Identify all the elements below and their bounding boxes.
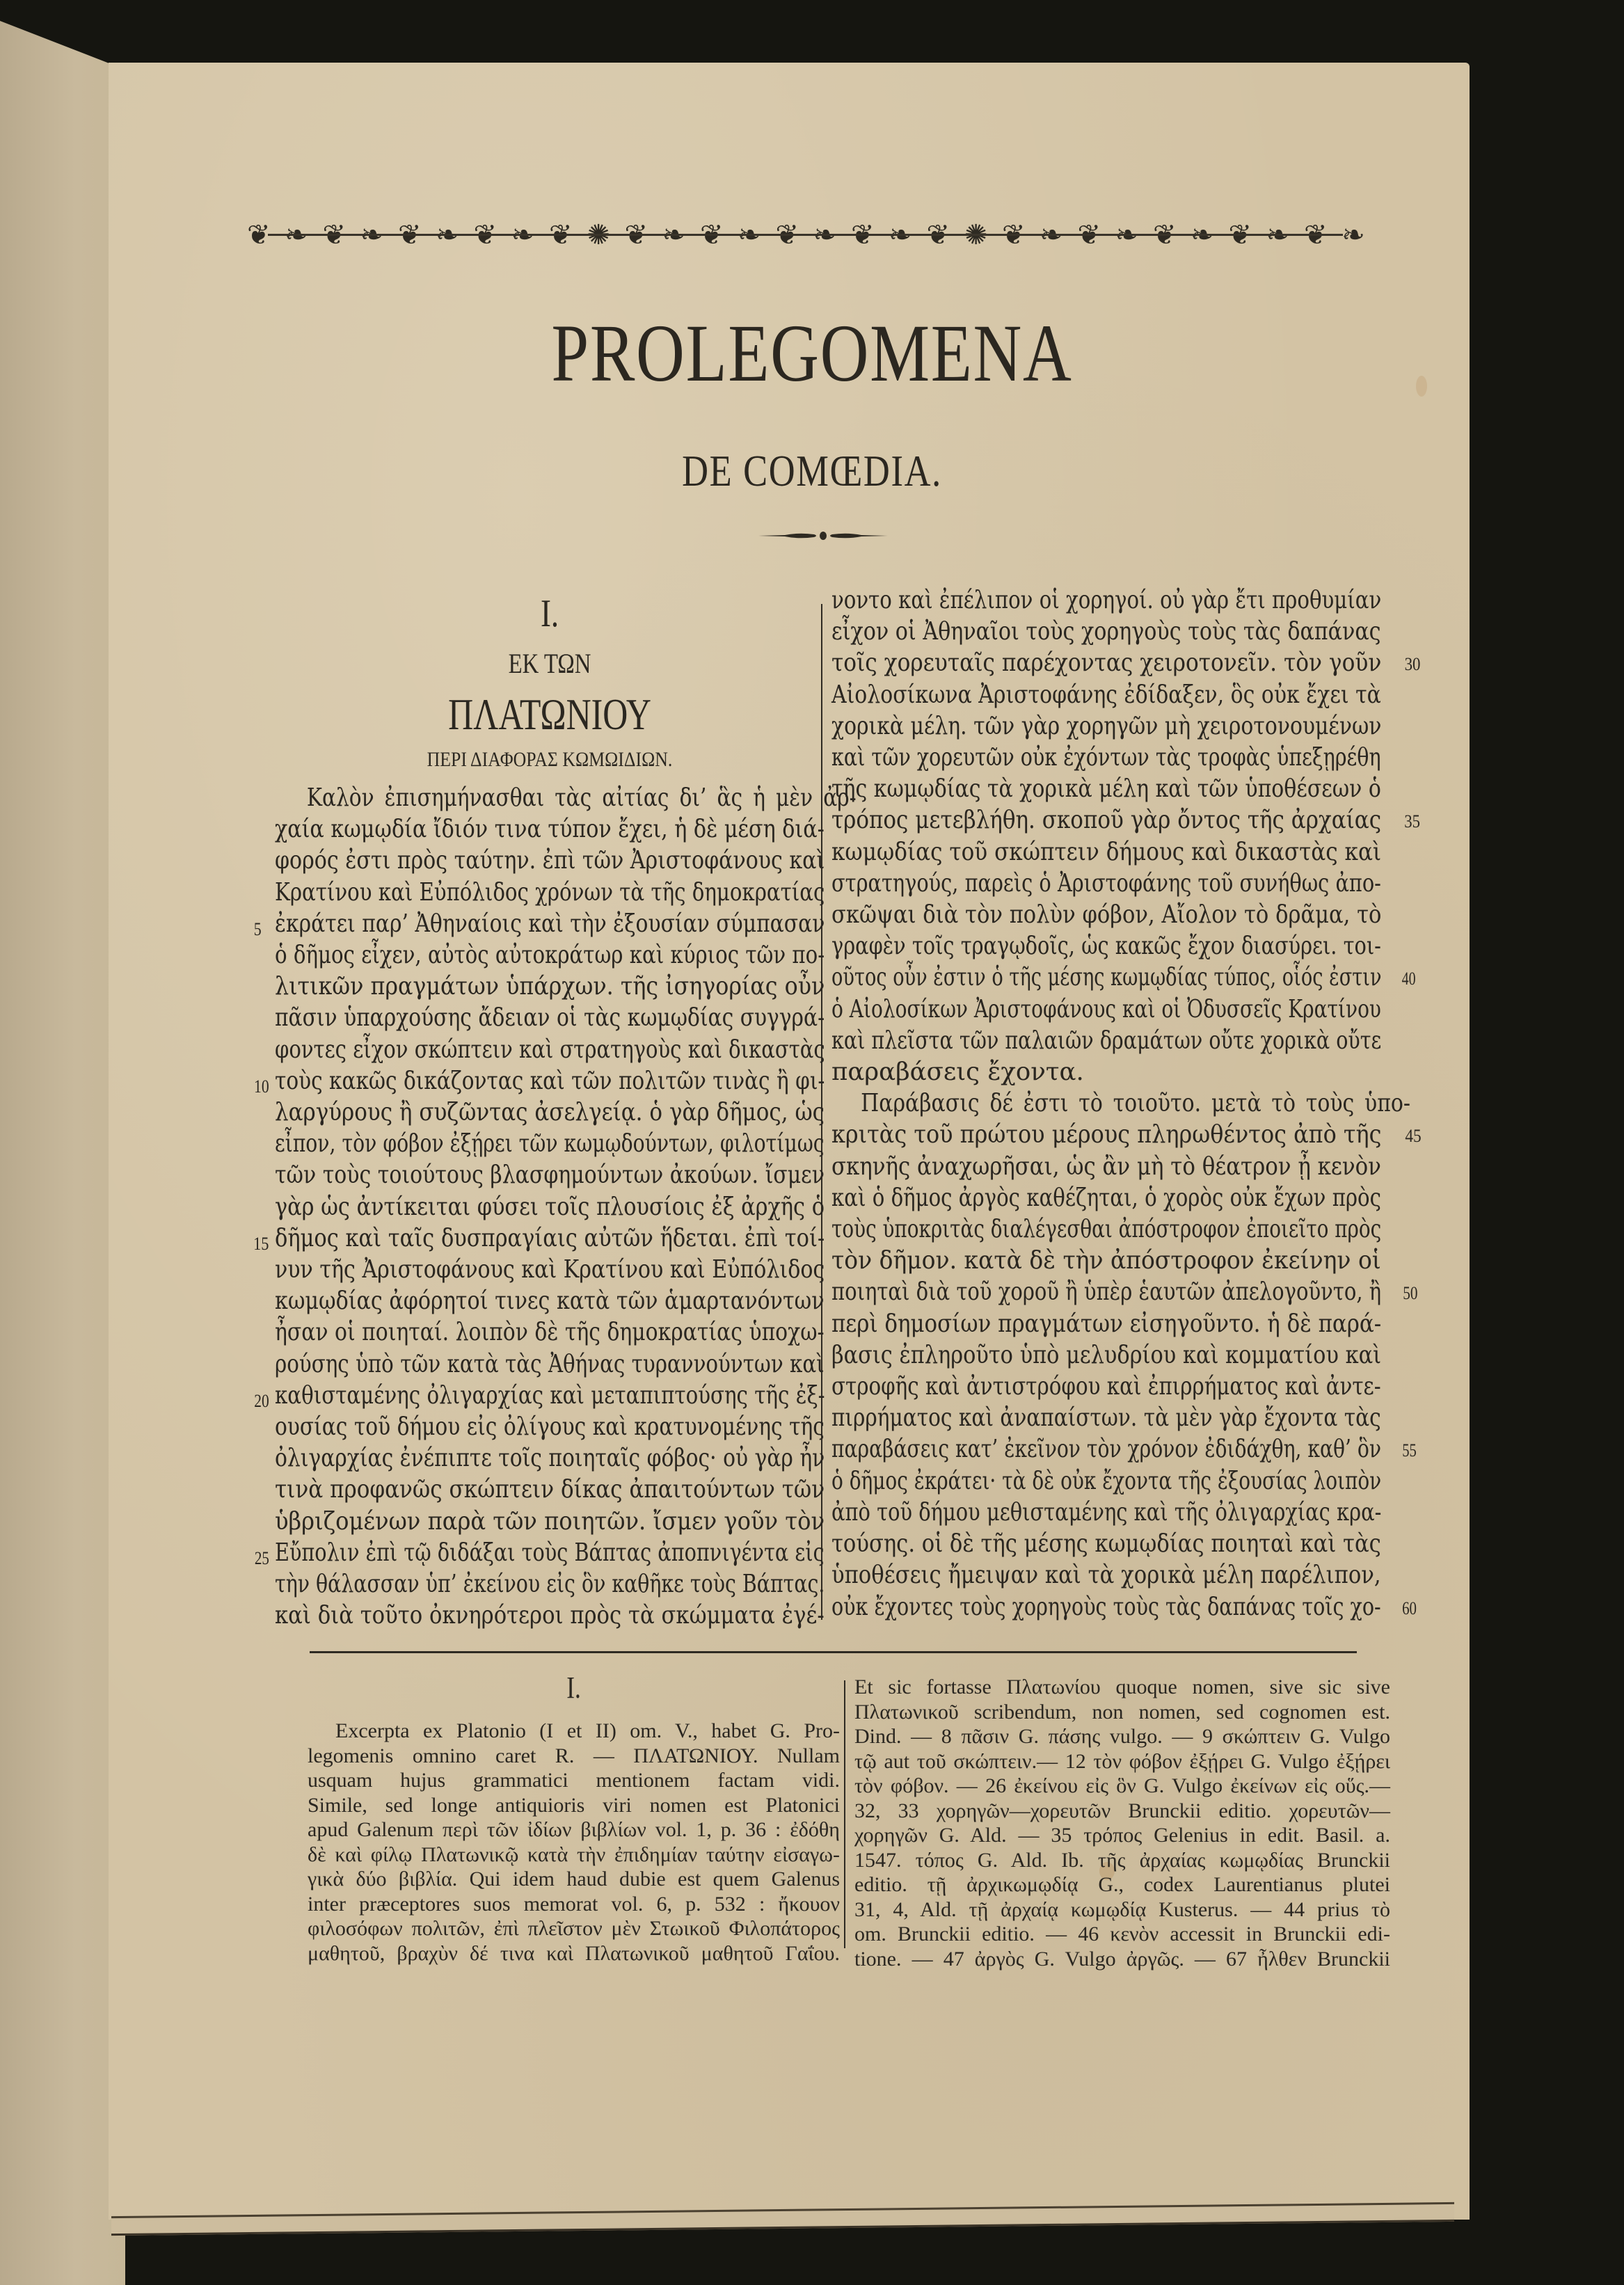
text-line: καὶ ὁ δῆμος ἀργὸς καθέζηται, ὁ χορὸς οὐκ… — [831, 1182, 1381, 1213]
line-text: εἶπον, τὸν φόβον ἐξῄρει τῶν κωμῳδούντων,… — [275, 1129, 825, 1158]
line-text: κριτὰς τοῦ πρώτου μέρους πληρωθέντος ἀπὸ… — [831, 1120, 1382, 1149]
text-line: καὶ τῶν χορευτῶν οὐκ ἐχόντων τὰς τροφὰς … — [831, 742, 1381, 773]
line-text: δῆμος καὶ ταῖς δυσπραγίαις αὐτῶν ἥδεται.… — [275, 1224, 825, 1252]
line-text: Καλὸν ἐπισημήνασθαι τὰς αἰτίας δι’ ἃς ἡ … — [307, 783, 857, 812]
text-line: ὁ δῆμος ἐκράτει· τὰ δὲ οὐκ ἔχοντα τῆς ἐξ… — [831, 1465, 1381, 1497]
footnote-line: τῷ aut τοῦ σκώπτειν.— 12 τὸν φόβον ἐξῄρε… — [854, 1749, 1390, 1774]
line-text: τοὺς ὑποκριτὰς διαλέγεσθαι ἀπόστροφον ἐπ… — [831, 1215, 1381, 1243]
text-line: τὸν δῆμον. κατὰ δὲ τὴν ἀπόστροφον ἐκείνη… — [831, 1245, 1381, 1276]
footnote-line: φιλοσόφων πολιτῶν, ἐπὶ πλεῖστον μὲν Στωι… — [308, 1916, 840, 1941]
fleuron-band-icon: ❦❧❦❧❦❧❦❧❦✺❦❧❦❧❦❧❦❧❦✺❦❧❦❧❦❧❦❧❦❧ — [247, 207, 1364, 263]
line-text: καὶ ὁ δῆμος ἀργὸς καθέζηται, ὁ χορὸς οὐκ… — [831, 1184, 1381, 1212]
text-line: κριτὰς τοῦ πρώτου μέρους πληρωθέντος ἀπὸ… — [831, 1119, 1381, 1150]
line-text: βασις ἐπληροῦτο ὑπὸ μελυδρίου καὶ κομματ… — [831, 1341, 1381, 1369]
footnotes-left: Excerpta ex Platonio (I et II) om. V., h… — [308, 1719, 840, 1966]
text-line: γὰρ ὡς ἀντίκειται φύσει τοῖς πλουσίοις ἐ… — [275, 1191, 825, 1223]
text-line: τοὺς κακῶς δικάζοντας καὶ τῶν πολιτῶν τι… — [275, 1065, 825, 1097]
text-line: νυν τῆς Ἀριστοφάνους καὶ Κρατίνου καὶ Εὐ… — [275, 1254, 825, 1285]
line-text: ἦσαν οἱ ποιηταί. λοιπὸν δὲ τῆς δημοκρατί… — [275, 1318, 825, 1346]
line-text: καὶ τῶν χορευτῶν οὐκ ἐχόντων τὰς τροφὰς … — [831, 743, 1381, 772]
line-text: οὐκ ἔχοντες τοὺς χορηγοὺς τοὺς τὰς δαπάν… — [831, 1593, 1381, 1621]
footnote-line: μαθητοῦ, βραχὺν δέ τινα καὶ Πλατωνικοῦ μ… — [308, 1941, 840, 1966]
footnote-line: inter præceptores suos memorat vol. 6, p… — [308, 1892, 840, 1917]
line-text: κωμῳδίας ἀφόρητοί τινες κατὰ τῶν ἁμαρταν… — [275, 1287, 825, 1315]
text-line: δῆμος καὶ ταῖς δυσπραγίαις αὐτῶν ἥδεται.… — [275, 1223, 825, 1254]
text-line: ἀπὸ τοῦ δήμου μεθισταμένης καὶ τῆς ὀλιγα… — [831, 1497, 1381, 1528]
line-text: στροφῆς καὶ ἀντιστρόφου καὶ ἐπιρρήματος … — [831, 1372, 1381, 1401]
text-line: περὶ δημοσίων πραγμάτων εἰσηγοῦντο. ἡ δὲ… — [831, 1308, 1381, 1339]
footnote-line: Simile, sed longe antiquioris viri nomen… — [308, 1793, 840, 1818]
text-line: τινὰ προφανῶς σκώπτειν δίκας ἀπαιτούντων… — [275, 1474, 825, 1505]
text-line: παραβάσεις ἔχοντα. — [831, 1056, 1381, 1088]
text-line: τῆς κωμῳδίας τὰ χορικὰ μέλη καὶ τῶν ὑποθ… — [831, 773, 1381, 804]
line-text: ρούσης ὑπὸ τῶν κατὰ τὰς Ἀθήνας τυραννούν… — [275, 1350, 825, 1378]
text-line: εἶχον οἱ Ἀθηναῖοι τοὺς χορηγοὺς τοὺς τὰς… — [831, 616, 1381, 647]
text-line: ὁ Αἰολοσίκων Ἀριστοφάνους καὶ οἱ Ὀδυσσεῖ… — [831, 994, 1381, 1025]
text-line: καὶ πλεῖστα τῶν παλαιῶν δραμάτων οὔτε χο… — [831, 1025, 1381, 1056]
line-text: ὑβριζομένων παρὰ τῶν ποιητῶν. ἴσμεν γοῦν… — [275, 1507, 825, 1536]
text-line: χορικὰ μέλη. τῶν γὰρ χορηγῶν μὴ χειροτον… — [831, 710, 1381, 742]
footnote-line: tione. — 47 ἀργὸς G. Vulgo ἀργῶς. — 67 ἦ… — [854, 1947, 1390, 1972]
line-text: Εὔπολιν ἐπὶ τῷ διδάξαι τοὺς Βάπτας ἀποπν… — [275, 1538, 825, 1567]
line-text: ὁ Αἰολοσίκων Ἀριστοφάνους καὶ οἱ Ὀδυσσεῖ… — [831, 995, 1381, 1024]
footnote-line: Πλατωνικοῦ scribendum, non nomen, sed co… — [854, 1700, 1390, 1725]
line-text: γραφὲν τοῖς τραγῳδοῖς, ὡς κακῶς ἔχον δια… — [831, 932, 1381, 960]
text-line: τοὺς ὑποκριτὰς διαλέγεσθαι ἀπόστροφον ἐπ… — [831, 1213, 1381, 1245]
line-number: 20 — [254, 1385, 269, 1417]
text-line: σκηνῆς ἀναχωρῆσαι, ὡς ἂν μὴ τὸ θέατρον ᾖ… — [831, 1151, 1381, 1182]
text-line: ὑβριζομένων παρὰ τῶν ποιητῶν. ἴσμεν γοῦν… — [275, 1506, 825, 1537]
line-text: ἀπὸ τοῦ δήμου μεθισταμένης καὶ τῆς ὀλιγα… — [831, 1498, 1381, 1527]
line-text: λαργύρους ἢ συζῶντας ἀσελγείᾳ. ὁ γὰρ δῆμ… — [275, 1098, 825, 1126]
line-number: 10 — [254, 1071, 269, 1102]
line-text: Αἰολοσίκωνα Ἀριστοφάνης ἐδίδαξεν, ὃς οὐκ… — [831, 680, 1381, 709]
text-line: ὀλιγαρχίας ἐνέπιπτε τοῖς ποιηταῖς φόβος·… — [275, 1442, 825, 1474]
line-text: ὀλιγαρχίας ἐνέπιπτε τοῖς ποιηταῖς φόβος·… — [275, 1444, 825, 1472]
line-text: ὁ δῆμος εἶχεν, αὐτὸς αὐτοκράτωρ καὶ κύρι… — [275, 941, 825, 969]
footnote-line: 32, 33 χορηγῶν—χορευτῶν Brunckii editio.… — [854, 1799, 1390, 1824]
section-ek-ton: ΕΚ ΤΩΝ — [324, 647, 775, 680]
section-author: ΠΛΑΤΩΝΙΟΥ — [335, 689, 764, 740]
text-line: ουσίας τοῦ δήμου εἰς ὀλίγους καὶ κρατυνο… — [275, 1411, 825, 1442]
footnote-line: δὲ καὶ φίλῳ Πλατωνικῷ κατὰ τὴν ἐπιδημίαν… — [308, 1842, 840, 1868]
flourish-divider-icon — [757, 530, 889, 541]
line-text: τούσης. οἱ δὲ τῆς μέσης κωμῳδίας ποιηταὶ… — [831, 1529, 1381, 1558]
line-text: οῦτος οὖν ἐστιν ὁ τῆς μέσης κωμῳδίας τύπ… — [831, 963, 1382, 992]
line-text: λιτικῶν πραγμάτων ὑπάρχων. τῆς ἰσηγορίας… — [275, 972, 825, 1001]
line-text: παραβάσεις ἔχοντα. — [831, 1058, 1084, 1086]
text-line: ὑποθέσεις ἤμειψαν καὶ τὰ χορικὰ μέλη παρ… — [831, 1559, 1381, 1591]
left-text-column: Καλὸν ἐπισημήνασθαι τὰς αἰτίας δι’ ἃς ἡ … — [275, 782, 825, 1631]
line-text: νοντο καὶ ἐπέλιπον οἱ χορηγοί. οὐ γὰρ ἔτ… — [831, 586, 1381, 614]
text-line: χαία κωμῳδία ἴδιόν τινα τύπον ἔχει, ἡ δὲ… — [275, 813, 825, 845]
text-line: οῦτος οὖν ἐστιν ὁ τῆς μέσης κωμῳδίας τύπ… — [831, 962, 1382, 993]
line-text: παραβάσεις κατ’ ἐκεῖνον τὸν χρόνον ἐδιδά… — [831, 1435, 1381, 1463]
line-text: τῶν τοὺς τοιούτους βλασφημούντων ἀκούων.… — [275, 1161, 825, 1189]
text-line: τρόπος μετεβλήθη. σκοποῦ γὰρ ὄντος τῆς ἀ… — [831, 804, 1381, 836]
footnote-column-divider — [844, 1680, 845, 1948]
line-text: τινὰ προφανῶς σκώπτειν δίκας ἀπαιτούντων… — [275, 1475, 825, 1504]
fleuron-icon: ❦ — [247, 221, 269, 249]
text-line: φορός ἐστι πρὸς ταύτην. ἐπὶ τῶν Ἀριστοφά… — [275, 845, 825, 876]
line-text: Κρατίνου καὶ Εὐπόλιδος χρόνων τὰ τῆς δημ… — [275, 878, 825, 907]
line-number: 15 — [253, 1228, 269, 1259]
line-text: τοὺς κακῶς δικάζοντας καὶ τῶν πολιτῶν τι… — [275, 1067, 825, 1095]
text-line: εἶπον, τὸν φόβον ἐξῄρει τῶν κωμῳδούντων,… — [275, 1128, 825, 1159]
text-line: ρούσης ὑπὸ τῶν κατὰ τὰς Ἀθήνας τυραννούν… — [275, 1348, 825, 1380]
line-text: καὶ πλεῖστα τῶν παλαιῶν δραμάτων οὔτε χο… — [831, 1026, 1381, 1055]
line-text: πιρρήματος καὶ ἀναπαίστων. τὰ μὲν γὰρ ἔχ… — [831, 1403, 1381, 1432]
text-line: οὐκ ἔχοντες τοὺς χορηγοὺς τοὺς τὰς δαπάν… — [831, 1591, 1381, 1623]
text-line: νοντο καὶ ἐπέλιπον οἱ χορηγοί. οὐ γὰρ ἔτ… — [831, 584, 1381, 616]
facing-page-edge — [0, 21, 125, 2285]
footnote-line: τὸν φόβον. — 26 ἐκείνου εἰς ὃν G. Vulgo … — [854, 1774, 1390, 1799]
footnotes-right: Et sic fortasse Πλατωνίου quoque nomen, … — [854, 1675, 1390, 1971]
section-number: I. — [330, 591, 770, 636]
line-text: τὸν δῆμον. κατὰ δὲ τὴν ἀπόστροφον ἐκείνη… — [831, 1246, 1381, 1275]
footnote-line: legomenis omnino caret R. — ΠΛΑΤΩΝΙΟΥ. N… — [308, 1744, 840, 1769]
line-text: Παράβασις δέ ἐστι τὸ τοιοῦτο. μετὰ τὸ το… — [861, 1089, 1410, 1117]
line-text: φορός ἐστι πρὸς ταύτην. ἐπὶ τῶν Ἀριστοφά… — [275, 846, 825, 875]
ornament-rule — [268, 234, 1343, 236]
line-number: 45 — [1405, 1120, 1421, 1152]
line-text: κωμῳδίας τοῦ σκώπτειν δήμους καὶ δικαστὰ… — [831, 838, 1381, 866]
line-text: χαία κωμῳδία ἴδιόν τινα τύπον ἔχει, ἡ δὲ… — [275, 815, 825, 843]
line-number: 60 — [1402, 1593, 1417, 1624]
line-number: 25 — [255, 1543, 269, 1574]
line-text: ουσίας τοῦ δήμου εἰς ὀλίγους καὶ κρατυνο… — [275, 1412, 825, 1441]
text-line: γραφὲν τοῖς τραγῳδοῖς, ὡς κακῶς ἔχον δια… — [831, 930, 1381, 962]
footnote-line: editio. τῇ ἀρχικωμῳδίᾳ G., codex Laurent… — [854, 1872, 1390, 1897]
text-line: λαργύρους ἢ συζῶντας ἀσελγείᾳ. ὁ γὰρ δῆμ… — [275, 1097, 825, 1128]
text-line: Παράβασις δέ ἐστι τὸ τοιοῦτο. μετὰ τὸ το… — [831, 1088, 1410, 1119]
line-text: σκῶψαι διὰ τὸν πολὺν φόβον, Αἴολον τὸ δρ… — [831, 900, 1381, 929]
line-text: πᾶσιν ὑπαρχούσης ἄδειαν οἱ τὰς κωμῳδίας … — [275, 1003, 825, 1032]
text-line: στρατηγούς, παρεὶς ὁ Ἀριστοφάνης τοῦ συν… — [831, 868, 1381, 899]
line-text: καὶ διὰ τοῦτο ὀκνηρότεροι πρὸς τὰ σκώμμα… — [275, 1601, 825, 1630]
text-line: καὶ διὰ τοῦτο ὀκνηρότεροι πρὸς τὰ σκώμμα… — [275, 1600, 825, 1631]
line-text: περὶ δημοσίων πραγμάτων εἰσηγοῦντο. ἡ δὲ… — [831, 1309, 1381, 1338]
line-text: τὴν θάλασσαν ὑπ’ ἐκείνου εἰς ὃν καθῆκε τ… — [275, 1570, 825, 1598]
line-number: 35 — [1404, 806, 1420, 837]
line-text: τοῖς χορευταῖς παρέχοντας χειροτονεῖν. τ… — [831, 648, 1381, 677]
line-number: 50 — [1403, 1277, 1417, 1309]
text-line: παραβάσεις κατ’ ἐκεῖνον τὸν χρόνον ἐδιδά… — [831, 1433, 1381, 1465]
text-line: τούσης. οἱ δὲ τῆς μέσης κωμῳδίας ποιηταὶ… — [831, 1528, 1381, 1559]
line-text: γὰρ ὡς ἀντίκειται φύσει τοῖς πλουσίοις ἐ… — [275, 1193, 825, 1221]
footnote-line: Dind. — 8 πᾶσιν G. πάσης vulgo. — 9 σκώπ… — [854, 1724, 1390, 1749]
footnote-line: Excerpta ex Platonio (I et II) om. V., h… — [308, 1719, 840, 1744]
text-line: φοντες εἶχον σκώπτειν καὶ στρατηγοὺς καὶ… — [275, 1034, 825, 1065]
line-text: εἶχον οἱ Ἀθηναῖοι τοὺς χορηγοὺς τοὺς τὰς… — [831, 617, 1381, 646]
text-line: σκῶψαι διὰ τὸν πολὺν φόβον, Αἴολον τὸ δρ… — [831, 899, 1381, 930]
line-text: χορικὰ μέλη. τῶν γὰρ χορηγῶν μὴ χειροτον… — [831, 712, 1381, 740]
text-line: τοῖς χορευταῖς παρέχοντας χειροτονεῖν. τ… — [831, 647, 1381, 678]
footnote-rule — [310, 1651, 1357, 1653]
text-line: Εὔπολιν ἐπὶ τῷ διδάξαι τοὺς Βάπτας ἀποπν… — [275, 1537, 825, 1568]
text-line: Κρατίνου καὶ Εὐπόλιδος χρόνων τὰ τῆς δημ… — [275, 877, 825, 908]
page-subtitle: DE COMŒDIA. — [146, 445, 1478, 497]
text-line: τῶν τοὺς τοιούτους βλασφημούντων ἀκούων.… — [275, 1159, 825, 1191]
line-text: νυν τῆς Ἀριστοφάνους καὶ Κρατίνου καὶ Εὐ… — [275, 1255, 825, 1284]
line-text: καθισταμένης ὀλιγαρχίας καὶ μεταπιπτούση… — [275, 1381, 825, 1410]
text-line: ποιηταὶ διὰ τοῦ χοροῦ ἢ ὑπὲρ ἑαυτῶν ἀπελ… — [831, 1276, 1381, 1307]
text-line: πᾶσιν ὑπαρχούσης ἄδειαν οἱ τὰς κωμῳδίας … — [275, 1002, 825, 1033]
text-line: κωμῳδίας τοῦ σκώπτειν δήμους καὶ δικαστὰ… — [831, 836, 1381, 868]
line-text: στρατηγούς, παρεὶς ὁ Ἀριστοφάνης τοῦ συν… — [831, 869, 1381, 898]
text-line: κωμῳδίας ἀφόρητοί τινες κατὰ τῶν ἁμαρταν… — [275, 1285, 825, 1316]
footnote-line: 1547. τόπος G. Ald. Ib. τῆς ἀρχαίας κωμῳ… — [854, 1848, 1390, 1873]
section-heading: ΠΕΡΙ ΔΙΑΦΟΡΑΣ ΚΩΜΩΙΔΙΩΝ. — [313, 748, 786, 772]
line-text: τρόπος μετεβλήθη. σκοποῦ γὰρ ὄντος τῆς ἀ… — [831, 806, 1381, 834]
line-number: 30 — [1405, 648, 1421, 680]
footnote-line: usquam hujus grammatici mentionem factam… — [308, 1768, 840, 1793]
text-line: στροφῆς καὶ ἀντιστρόφου καὶ ἐπιρρήματος … — [831, 1371, 1381, 1402]
text-line: βασις ἐπληροῦτο ὑπὸ μελυδρίου καὶ κομματ… — [831, 1339, 1381, 1371]
line-number: 40 — [1402, 963, 1416, 994]
line-text: ὁ δῆμος ἐκράτει· τὰ δὲ οὐκ ἔχοντα τῆς ἐξ… — [831, 1467, 1381, 1495]
text-line: τὴν θάλασσαν ὑπ’ ἐκείνου εἰς ὃν καθῆκε τ… — [275, 1568, 825, 1600]
text-line: ἦσαν οἱ ποιηταί. λοιπὸν δὲ τῆς δημοκρατί… — [275, 1316, 825, 1348]
text-line: ὁ δῆμος εἶχεν, αὐτὸς αὐτοκράτωρ καὶ κύρι… — [275, 939, 825, 971]
text-line: καθισταμένης ὀλιγαρχίας καὶ μεταπιπτούση… — [275, 1380, 825, 1411]
right-text-column: νοντο καὶ ἐπέλιπον οἱ χορηγοί. οὐ γὰρ ἔτ… — [831, 584, 1381, 1623]
footnote-line: Et sic fortasse Πλατωνίου quoque nomen, … — [854, 1675, 1390, 1700]
page-title: PROLEGOMENA — [146, 306, 1478, 401]
footnote-line: γικὰ δύο βιβλία. Qui idem haud dubie est… — [308, 1867, 840, 1892]
line-text: ἐκράτει παρ’ Ἀθηναίοις καὶ τὴν ἐξουσίαν … — [275, 909, 825, 938]
footnote-line: χορηγῶν G. Ald. — 35 τρόπος Gelenius in … — [854, 1823, 1390, 1848]
line-number: 55 — [1402, 1435, 1417, 1466]
line-number: 5 — [254, 914, 262, 945]
footnote-line: 31, 4, Ald. τῇ ἀρχαίᾳ κωμῳδίᾳ Kusterus. … — [854, 1897, 1390, 1922]
line-text: ποιηταὶ διὰ τοῦ χοροῦ ἢ ὑπὲρ ἑαυτῶν ἀπελ… — [831, 1277, 1381, 1306]
line-text: ὑποθέσεις ἤμειψαν καὶ τὰ χορικὰ μέλη παρ… — [831, 1561, 1381, 1589]
line-text: σκηνῆς ἀναχωρῆσαι, ὡς ἂν μὴ τὸ θέατρον ᾖ… — [831, 1152, 1381, 1181]
text-line: Αἰολοσίκωνα Ἀριστοφάνης ἐδίδαξεν, ὃς οὐκ… — [831, 679, 1381, 710]
footnote-heading: I. — [361, 1670, 787, 1705]
text-line: λιτικῶν πραγμάτων ὑπάρχων. τῆς ἰσηγορίας… — [275, 971, 825, 1002]
text-line: Καλὸν ἐπισημήνασθαι τὰς αἰτίας δι’ ἃς ἡ … — [275, 782, 857, 813]
line-text: φοντες εἶχον σκώπτειν καὶ στρατηγοὺς καὶ… — [275, 1035, 825, 1064]
text-line: ἐκράτει παρ’ Ἀθηναίοις καὶ τὴν ἐξουσίαν … — [275, 908, 825, 939]
footnote-line: om. Brunckii editio. — 46 κενὸν accessit… — [854, 1922, 1390, 1947]
line-text: τῆς κωμῳδίας τὰ χορικὰ μέλη καὶ τῶν ὑποθ… — [831, 774, 1381, 803]
footnote-line: apud Galenum περὶ τῶν ἰδίων βιβλίων vol.… — [308, 1817, 840, 1842]
text-line: πιρρήματος καὶ ἀναπαίστων. τὰ μὲν γὰρ ἔχ… — [831, 1402, 1381, 1433]
fleuron-icon: ❧ — [1342, 221, 1364, 249]
